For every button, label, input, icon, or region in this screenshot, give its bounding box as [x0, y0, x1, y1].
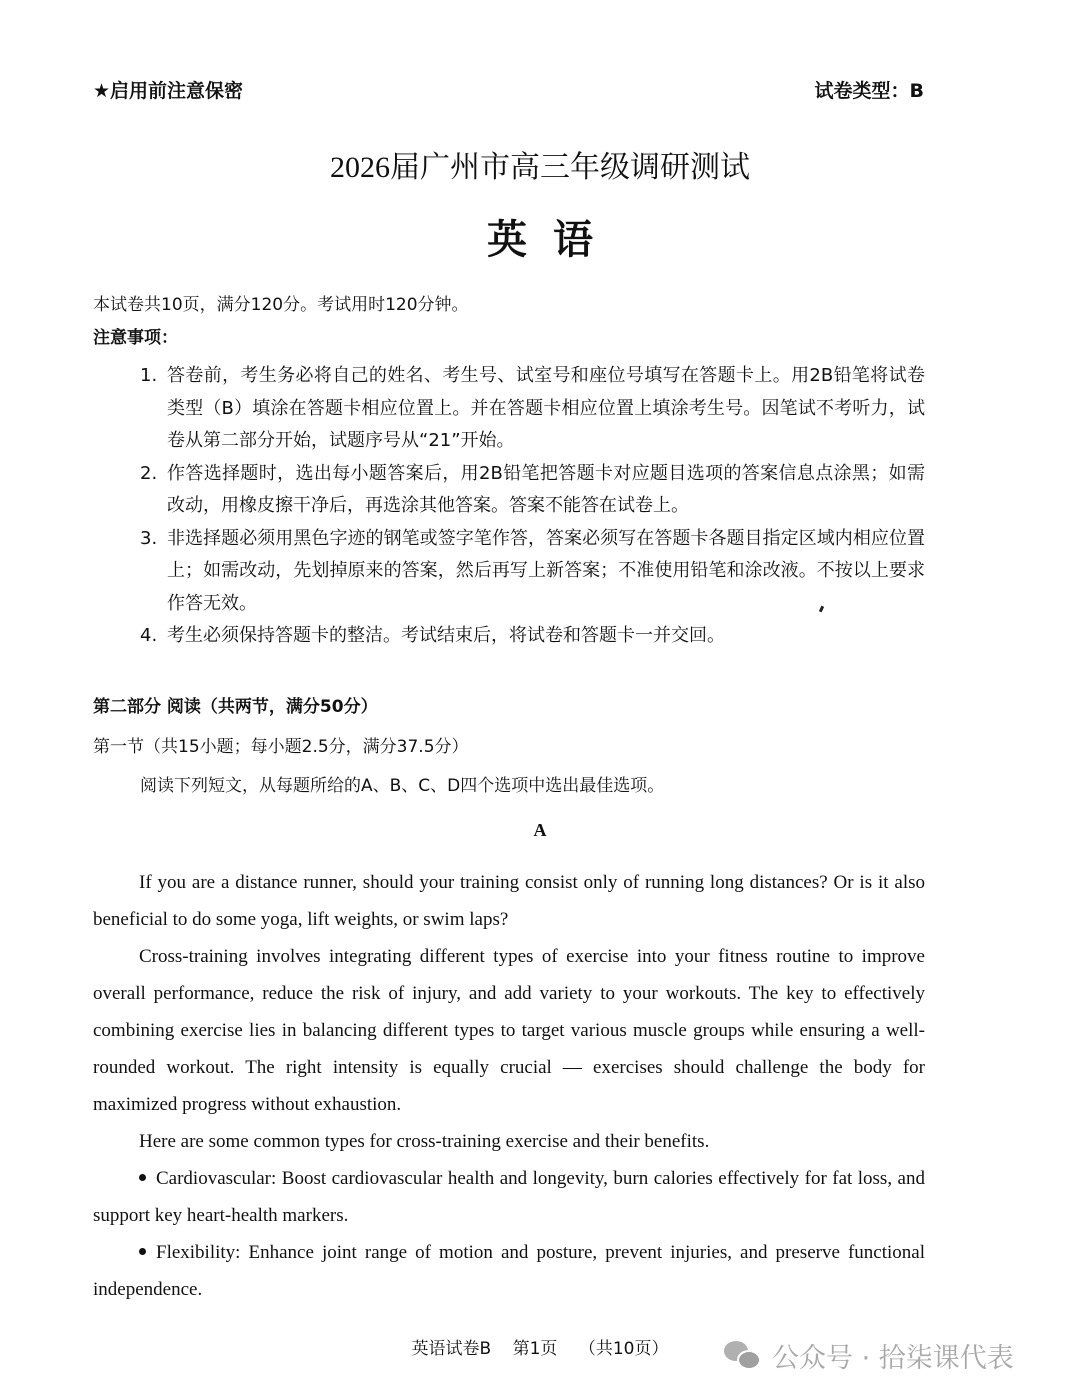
- notice-item: 1. 答卷前，考生务必将自己的姓名、考生号、试室号和座位号填写在答题卡上。用2B…: [140, 360, 925, 458]
- passage-paragraph: Cross-training involves integrating diff…: [93, 938, 925, 1123]
- footer-page: 第1页: [513, 1339, 558, 1359]
- footer-total: （共10页）: [579, 1339, 669, 1359]
- passage-body: If you are a distance runner, should you…: [93, 864, 925, 1308]
- notice-number: 4.: [140, 620, 157, 653]
- notice-number: 2.: [140, 458, 157, 491]
- notice-item: 3. 非选择题必须用黑色字迹的钢笔或签字笔作答，答案必须写在答题卡各题目指定区域…: [140, 523, 925, 621]
- exam-title: 2026届广州市高三年级调研测试: [0, 142, 1080, 186]
- notice-number: 3.: [140, 523, 157, 556]
- section-instruction: 阅读下列短文，从每题所给的A、B、C、D四个选项中选出最佳选项。: [140, 771, 664, 796]
- passage-label: A: [0, 820, 1080, 841]
- passage-paragraph: If you are a distance runner, should you…: [93, 864, 925, 938]
- notice-text: 作答选择题时，选出每小题答案后，用2B铅笔把答题卡对应题目选项的答案信息点涂黑；…: [167, 463, 925, 517]
- notice-text: 非选择题必须用黑色字迹的钢笔或签字笔作答，答案必须写在答题卡各题目指定区域内相应…: [167, 528, 925, 614]
- notice-text: 答卷前，考生务必将自己的姓名、考生号、试室号和座位号填写在答题卡上。用2B铅笔将…: [167, 365, 925, 451]
- part-heading: 第二部分 阅读（共两节，满分50分）: [93, 692, 378, 717]
- notice-list: 1. 答卷前，考生务必将自己的姓名、考生号、试室号和座位号填写在答题卡上。用2B…: [140, 360, 925, 653]
- notice-item: 4. 考生必须保持答题卡的整洁。考试结束后，将试卷和答题卡一并交回。: [140, 620, 925, 653]
- notice-number: 1.: [140, 360, 157, 393]
- notice-item: 2. 作答选择题时，选出每小题答案后，用2B铅笔把答题卡对应题目选项的答案信息点…: [140, 458, 925, 523]
- bullet-icon: [139, 1248, 146, 1255]
- wechat-icon: [724, 1341, 762, 1371]
- paper-type-label: 试卷类型：B: [815, 76, 924, 103]
- bullet-item: Cardiovascular: Boost cardiovascular hea…: [93, 1160, 925, 1234]
- footer-paper: 英语试卷B: [412, 1339, 492, 1359]
- notice-heading: 注意事项：: [93, 323, 178, 348]
- bullet-term: Cardiovascular:: [156, 1168, 276, 1189]
- watermark: 公众号 · 拾柒课代表: [724, 1336, 1014, 1375]
- bullet-item: Flexibility: Enhance joint range of moti…: [93, 1234, 925, 1308]
- section-heading: 第一节（共15小题；每小题2.5分，满分37.5分）: [93, 732, 469, 757]
- bullet-icon: [139, 1174, 146, 1181]
- watermark-text: 公众号 · 拾柒课代表: [772, 1336, 1014, 1375]
- subject-title: 英语: [0, 208, 1080, 265]
- passage-paragraph: Here are some common types for cross-tra…: [93, 1123, 925, 1160]
- confidential-label: ★启用前注意保密: [93, 76, 243, 103]
- notice-text: 考生必须保持答题卡的整洁。考试结束后，将试卷和答题卡一并交回。: [167, 625, 725, 646]
- bullet-term: Flexibility:: [156, 1242, 240, 1263]
- exam-intro: 本试卷共10页，满分120分。考试用时120分钟。: [93, 290, 469, 315]
